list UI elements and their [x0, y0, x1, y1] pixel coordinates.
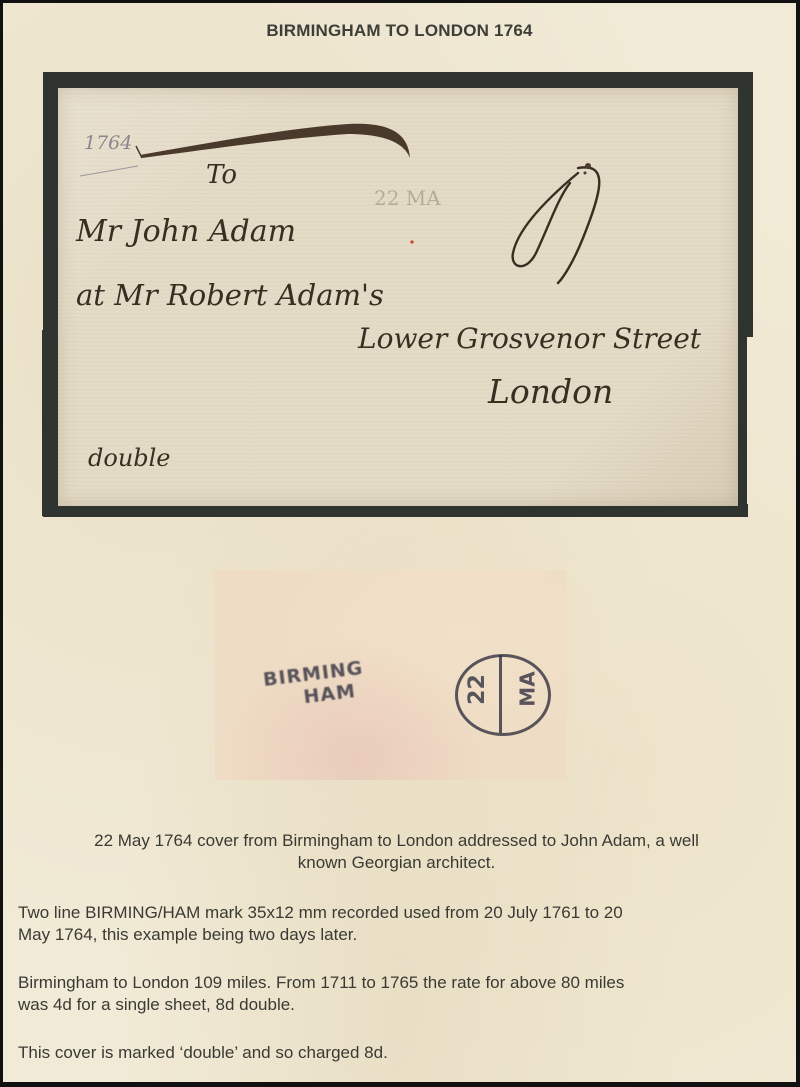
bishop-mark-month: MA: [516, 671, 540, 706]
description-p3-line1: Birmingham to London 109 miles. From 171…: [18, 972, 778, 994]
address-city: London: [488, 372, 613, 411]
description-paragraph-1: 22 May 1764 cover from Birmingham to Lon…: [10, 830, 783, 874]
description-paragraph-3: Birmingham to London 109 miles. From 171…: [18, 972, 778, 1016]
bishop-mark-divider: [499, 655, 502, 733]
description-p1-line1: 22 May 1764 cover from Birmingham to Lon…: [10, 830, 783, 852]
double-annotation: double: [88, 444, 171, 472]
pencil-year-note: 1764: [84, 132, 132, 154]
mount-border-top: [43, 72, 751, 88]
address-to: To: [206, 160, 237, 190]
address-at: at Mr Robert Adam's: [76, 278, 384, 312]
mount-border-right-lower: [737, 333, 747, 516]
address-name: Mr John Adam: [76, 214, 296, 249]
description-paragraph-2: Two line BIRMING/HAM mark 35x12 mm recor…: [18, 902, 778, 946]
bishop-mark: 22 MA: [455, 654, 551, 736]
description-paragraph-4: This cover is marked ‘double’ and so cha…: [18, 1042, 778, 1064]
bishop-mark-day: 22: [465, 674, 490, 705]
address-street: Lower Grosvenor Street: [358, 322, 701, 355]
description-p2-line1: Two line BIRMING/HAM mark 35x12 mm recor…: [18, 902, 778, 924]
description-p3-line2: was 4d for a single sheet, 8d double.: [18, 994, 778, 1016]
description-p2-line2: May 1764, this example being two days la…: [18, 924, 778, 946]
entire-letter-cover: 1764 To Mr John Adam at Mr Robert Adam's…: [58, 88, 738, 506]
description-p1-line2: known Georgian architect.: [10, 852, 783, 874]
faint-postmark: 22 MA: [374, 186, 441, 210]
page-title: BIRMINGHAM TO LONDON 1764: [3, 21, 796, 41]
mount-border-right-upper: [737, 72, 753, 337]
mount-border-left-upper: [43, 72, 59, 334]
